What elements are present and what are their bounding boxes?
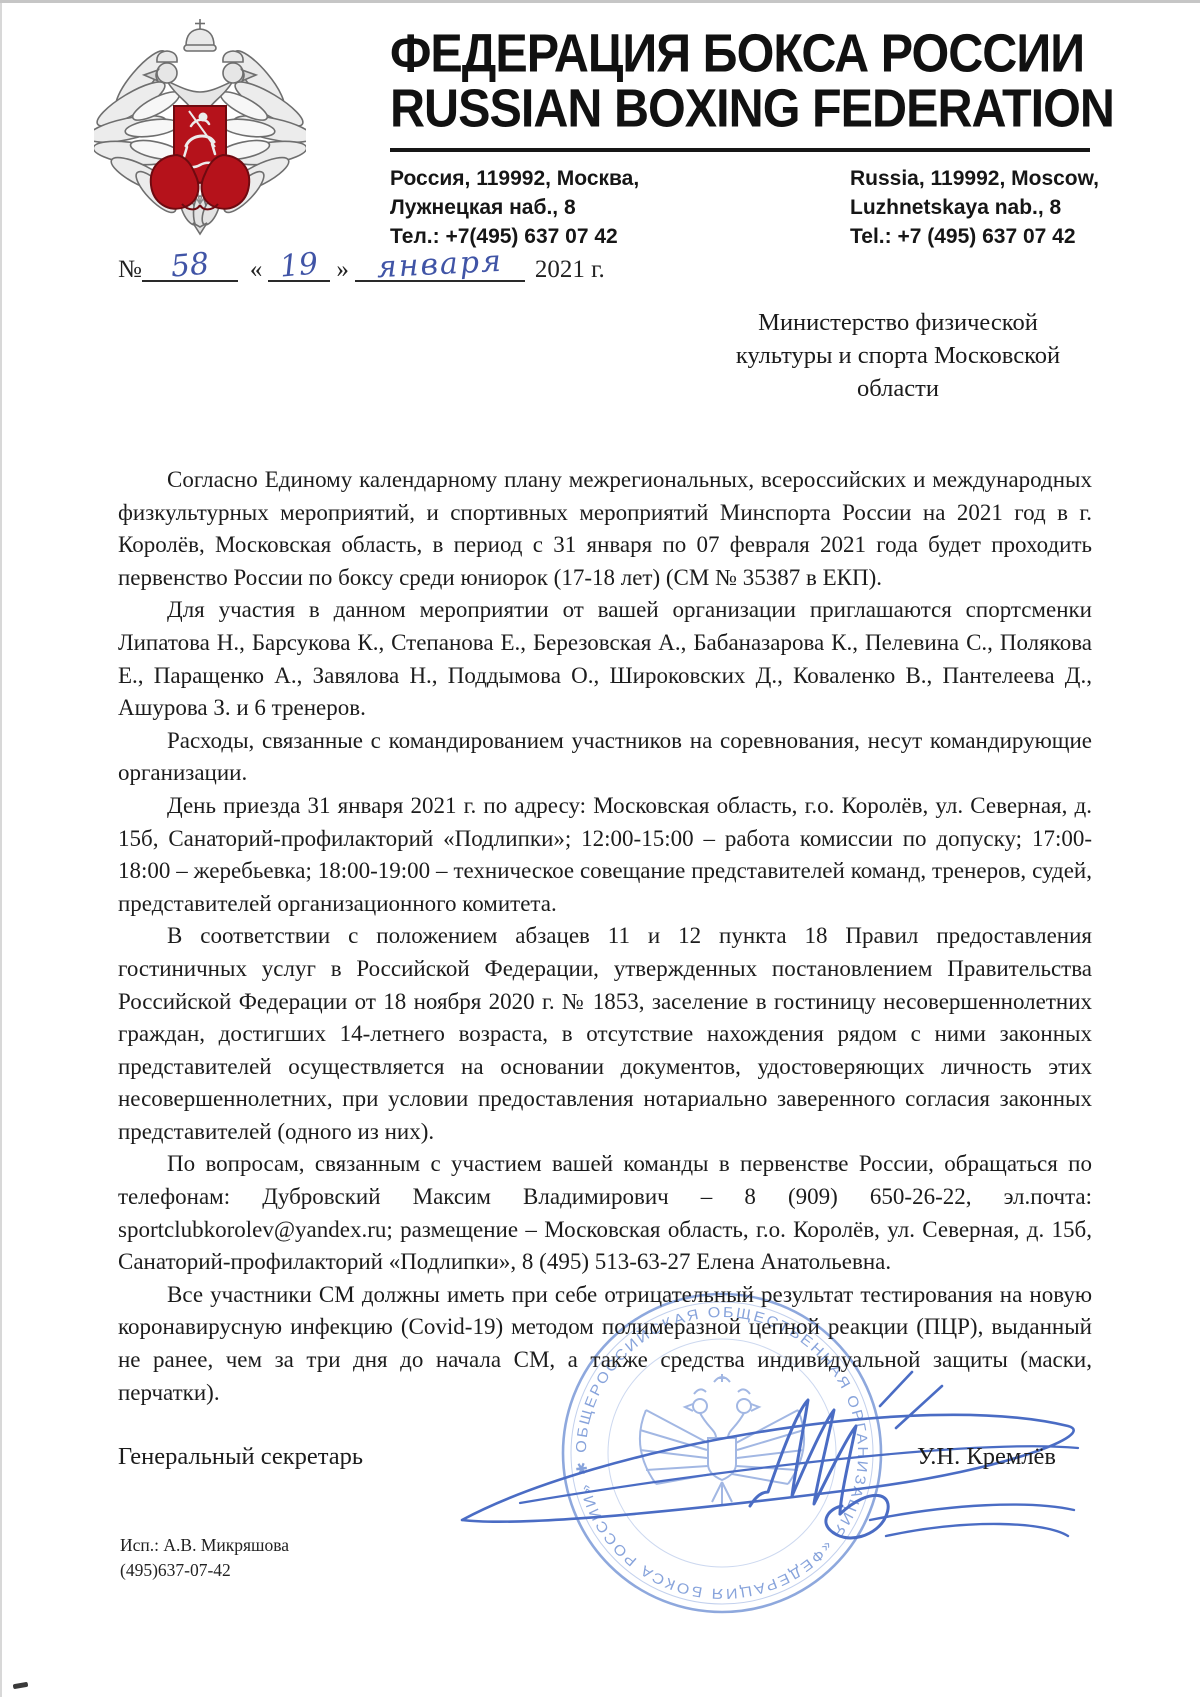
paragraph: По вопросам, связанным с участием вашей … [118,1148,1092,1278]
year-label: 2021 г. [535,256,605,284]
month-blank: января [355,250,525,282]
address-en-line: Russia, 119992, Moscow, [850,164,1099,193]
boxing-federation-emblem-icon [94,14,306,236]
close-quote: » [336,256,349,284]
recipient-block: Министерство физической культуры и спорт… [700,306,1096,405]
executor-block: Исп.: А.В. Микряшова (495)637-07-42 [120,1533,289,1583]
address-ru: Россия, 119992, Москва, Лужнецкая наб., … [390,164,850,251]
eagle-crowns [157,29,243,62]
signatory-title: Генеральный секретарь [118,1443,363,1471]
paragraph: Расходы, связанные с командированием уча… [118,725,1092,790]
recipient-line: Министерство физической [700,306,1096,339]
letter-body: Согласно Единому календарному плану межр… [118,464,1092,1409]
signatory-name: У.Н. Кремлёв [917,1443,1056,1471]
number-sign-label: № [118,256,142,284]
paragraph: День приезда 31 января 2021 г. по адресу… [118,790,1092,920]
letter-page: ФЕДЕРАЦИЯ БОКСА РОССИИ RUSSIAN BOXING FE… [0,0,1200,1697]
header-divider [390,148,1090,152]
executor-phone: (495)637-07-42 [120,1558,289,1583]
day-blank: 19 [268,250,330,282]
handwritten-month: января [376,244,504,286]
scan-artifact [13,1682,29,1690]
address-en: Russia, 119992, Moscow, Luzhnetskaya nab… [850,164,1099,251]
org-name-en: RUSSIAN BOXING FEDERATION [390,79,1079,138]
paragraph: Для участия в данном мероприятии от ваше… [118,594,1092,724]
executor-name: Исп.: А.В. Микряшова [120,1533,289,1558]
paragraph: Все участники СМ должны иметь при себе о… [118,1279,1092,1409]
letterhead: ФЕДЕРАЦИЯ БОКСА РОССИИ RUSSIAN BOXING FE… [390,24,1100,251]
address-block: Россия, 119992, Москва, Лужнецкая наб., … [390,164,1100,251]
ref-number-line: № 58 « 19 » января 2021 г. [118,250,605,284]
paragraph: В соответствии с положением абзацев 11 и… [118,920,1092,1148]
address-ru-line: Лужнецкая наб., 8 [390,193,850,222]
address-en-line: Tel.: +7 (495) 637 07 42 [850,222,1099,251]
recipient-line: культуры и спорта Московской [700,339,1096,372]
recipient-line: области [700,372,1096,405]
number-blank: 58 [142,250,238,282]
open-quote: « [250,256,263,284]
handwritten-day: 19 [279,246,320,284]
org-name-ru: ФЕДЕРАЦИЯ БОКСА РОССИИ [390,24,1079,83]
handwritten-number: 58 [169,246,210,284]
address-ru-line: Россия, 119992, Москва, [390,164,850,193]
address-en-line: Luzhnetskaya nab., 8 [850,193,1099,222]
paragraph: Согласно Единому календарному плану межр… [118,464,1092,594]
signature-row: Генеральный секретарь У.Н. Кремлёв [118,1443,1056,1471]
